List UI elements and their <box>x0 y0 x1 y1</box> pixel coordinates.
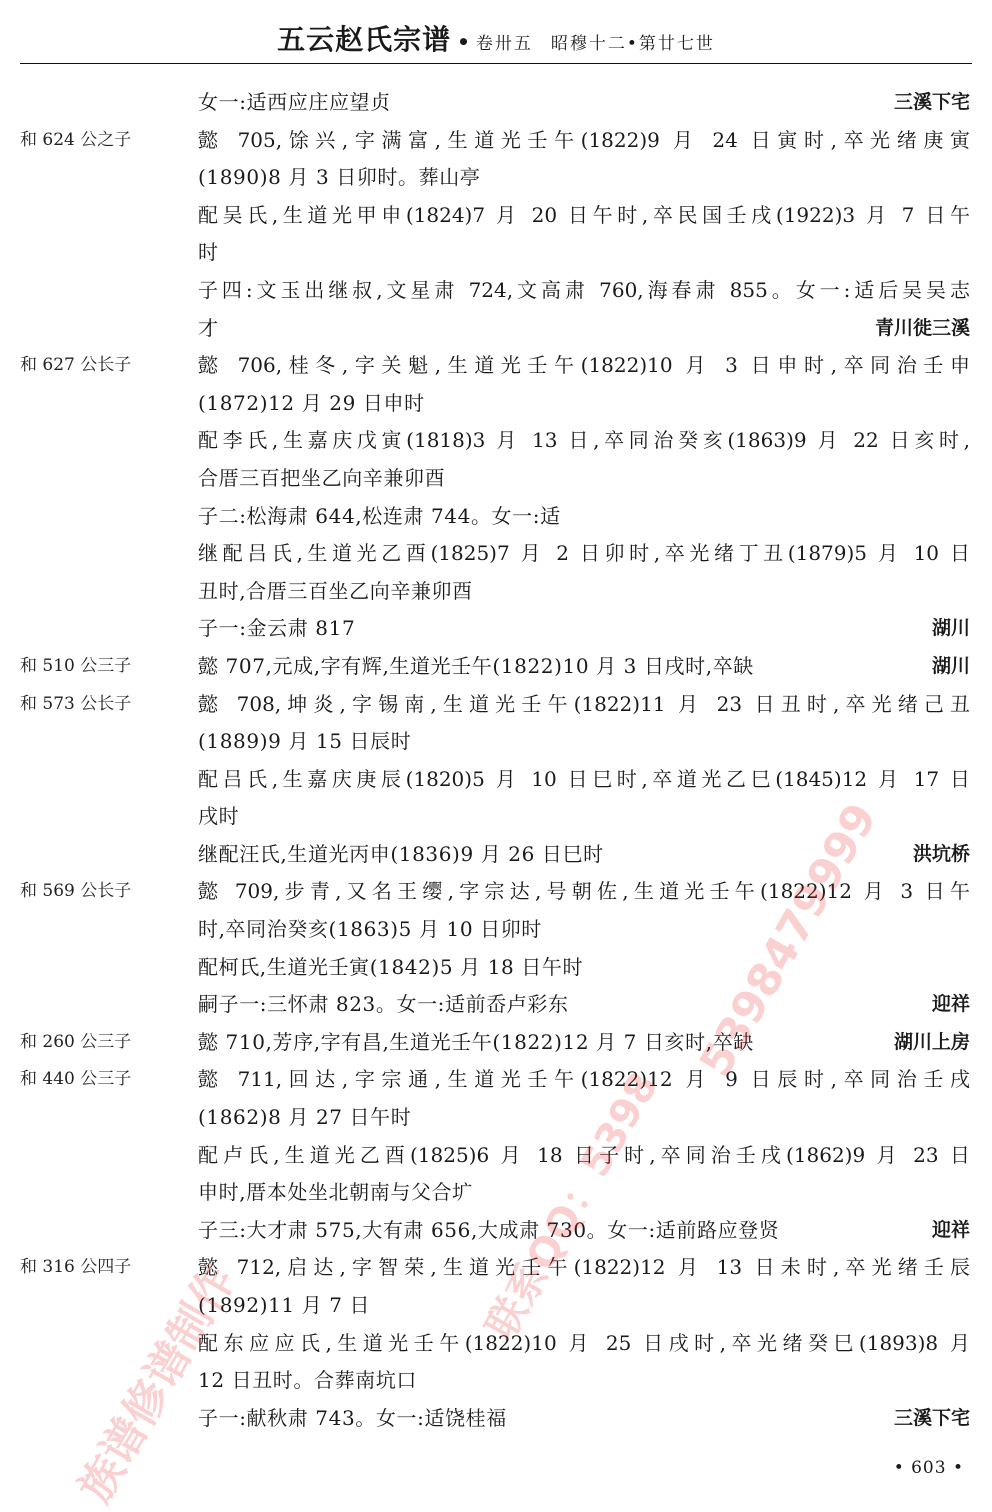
entry-text: 继配汪氏,生道光丙申(1836)9 月 26 日巳时 <box>198 836 604 874</box>
residence-place: 三溪下宅 <box>894 84 970 122</box>
genealogy-line: 配柯氏,生道光壬寅(1842)5 月 18 日午时 <box>0 949 992 987</box>
entry-text: 继配吕氏,生道光乙酉(1825)7 月 2 日卯时,卒光绪丁丑(1879)5 月… <box>198 535 970 573</box>
header-rule <box>20 63 972 64</box>
entry-text: 配吴氏,生道光甲申(1824)7 月 20 日午时,卒民国壬戌(1922)3 月… <box>198 197 970 235</box>
lineage-label: 和 316 公四子 <box>20 1249 131 1287</box>
genealogy-line: 子二:松海肃 644,松连肃 744。女一:适 <box>0 498 992 536</box>
genealogy-line: 和 573 公长子懿 708,坤炎,字锡南,生道光壬午(1822)11 月 23… <box>0 686 992 724</box>
genealogy-line: 继配吕氏,生道光乙酉(1825)7 月 2 日卯时,卒光绪丁丑(1879)5 月… <box>0 535 992 573</box>
book-title: 五云赵氏宗谱 <box>277 23 451 56</box>
entry-text: 懿 707,元成,字有辉,生道光壬午(1822)10 月 3 日戌时,卒缺 <box>198 648 754 686</box>
entry-text: 懿 711,回达,字宗通,生道光壬午(1822)12 月 9 日辰时,卒同治壬戌 <box>198 1061 970 1099</box>
genealogy-line: 和 510 公三子懿 707,元成,字有辉,生道光壬午(1822)10 月 3 … <box>0 648 992 686</box>
entry-text: (1872)12 月 29 日申时 <box>198 385 425 423</box>
entry-text: 懿 712,启达,字智荣,生道光壬午(1822)12 月 13 日未时,卒光绪壬… <box>198 1249 970 1287</box>
lineage-label: 和 624 公之子 <box>20 122 131 160</box>
entry-text: 时 <box>198 234 219 272</box>
entry-text: 戌时 <box>198 798 239 836</box>
lineage-label: 和 569 公长子 <box>20 873 131 911</box>
genealogy-line: 和 569 公长子懿 709,步青,又名王缨,字宗达,号朝佐,生道光壬午(182… <box>0 873 992 911</box>
residence-place: 湖川上房 <box>894 1024 970 1062</box>
genealogy-entries: 女一:适西应庄应望贞三溪下宅和 624 公之子懿 705,馀兴,字满富,生道光壬… <box>0 84 992 1437</box>
genealogy-line: 申时,厝本处坐北朝南与父合圹 <box>0 1174 992 1212</box>
genealogy-line: 子四:文玉出继叔,文星肃 724,文高肃 760,海春肃 855。女一:适后吴吴… <box>0 272 992 310</box>
genealogy-line: 12 日丑时。合葬南坑口 <box>0 1362 992 1400</box>
genealogy-line: 配吴氏,生道光甲申(1824)7 月 20 日午时,卒民国壬戌(1922)3 月… <box>0 197 992 235</box>
page-header: 五云赵氏宗谱•卷卅五昭穆十二•第廿七世 <box>0 18 992 58</box>
entry-text: 子一:金云肃 817 <box>198 610 355 648</box>
entry-text: 嗣子一:三怀肃 823。女一:适前岙卢彩东 <box>198 986 569 1024</box>
entry-text: 才 <box>198 310 219 348</box>
genealogy-line: (1889)9 月 15 日辰时 <box>0 723 992 761</box>
genealogy-line: 女一:适西应庄应望贞三溪下宅 <box>0 84 992 122</box>
genealogy-line: 戌时 <box>0 798 992 836</box>
residence-place: 迎祥 <box>932 986 970 1024</box>
entry-text: 配李氏,生嘉庆戊寅(1818)3 月 13 日,卒同治癸亥(1863)9 月 2… <box>198 422 970 460</box>
entry-text: 懿 710,芳序,字有昌,生道光壬午(1822)12 月 7 日亥时,卒缺 <box>198 1024 754 1062</box>
entry-text: 配卢氏,生道光乙酉(1825)6 月 18 日子时,卒同治壬戌(1862)9 月… <box>198 1137 970 1175</box>
residence-place: 青川徙三溪 <box>875 310 970 348</box>
entry-text: 懿 709,步青,又名王缨,字宗达,号朝佐,生道光壬午(1822)12 月 3 … <box>198 873 970 911</box>
genealogy-line: 嗣子一:三怀肃 823。女一:适前岙卢彩东迎祥 <box>0 986 992 1024</box>
lineage-label: 和 627 公长子 <box>20 347 131 385</box>
title-separator: • <box>457 30 470 54</box>
genealogy-line: 和 440 公三子懿 711,回达,字宗通,生道光壬午(1822)12 月 9 … <box>0 1061 992 1099</box>
entry-text: 申时,厝本处坐北朝南与父合圹 <box>198 1174 473 1212</box>
genealogy-line: 配吕氏,生嘉庆庚辰(1820)5 月 10 日巳时,卒道光乙巳(1845)12 … <box>0 761 992 799</box>
genealogy-line: 配李氏,生嘉庆戊寅(1818)3 月 13 日,卒同治癸亥(1863)9 月 2… <box>0 422 992 460</box>
entry-text: 时,卒同治癸亥(1863)5 月 10 日卯时 <box>198 911 542 949</box>
page-number: • 603 • <box>894 1458 964 1478</box>
lineage-label: 和 260 公三子 <box>20 1024 131 1062</box>
residence-place: 湖川 <box>932 610 970 648</box>
residence-place: 三溪下宅 <box>894 1400 970 1438</box>
lineage-label: 和 573 公长子 <box>20 686 131 724</box>
genealogy-line: 时,卒同治癸亥(1863)5 月 10 日卯时 <box>0 911 992 949</box>
genealogy-line: 子三:大才肃 575,大有肃 656,大成肃 730。女一:适前路应登贤迎祥 <box>0 1212 992 1250</box>
genealogy-line: (1862)8 月 27 日午时 <box>0 1099 992 1137</box>
genealogy-line: 丑时,合厝三百坐乙向辛兼卯酉 <box>0 573 992 611</box>
entry-text: 配吕氏,生嘉庆庚辰(1820)5 月 10 日巳时,卒道光乙巳(1845)12 … <box>198 761 970 799</box>
genealogy-line: (1890)8 月 3 日卯时。葬山亭 <box>0 159 992 197</box>
genealogy-line: 和 624 公之子懿 705,馀兴,字满富,生道光壬午(1822)9 月 24 … <box>0 122 992 160</box>
genealogy-line: 和 627 公长子懿 706,桂冬,字关魁,生道光壬午(1822)10 月 3 … <box>0 347 992 385</box>
residence-place: 迎祥 <box>932 1212 970 1250</box>
genealogy-line: 和 260 公三子懿 710,芳序,字有昌,生道光壬午(1822)12 月 7 … <box>0 1024 992 1062</box>
genealogy-line: 才青川徙三溪 <box>0 310 992 348</box>
entry-text: (1892)11 月 7 日 <box>198 1287 370 1325</box>
residence-place: 湖川 <box>932 648 970 686</box>
genealogy-line: (1892)11 月 7 日 <box>0 1287 992 1325</box>
generation-section: 昭穆十二 <box>551 34 627 54</box>
lineage-label: 和 440 公三子 <box>20 1061 131 1099</box>
volume-label: 卷卅五 <box>476 34 533 54</box>
entry-text: 子四:文玉出继叔,文星肃 724,文高肃 760,海春肃 855。女一:适后吴吴… <box>198 272 970 310</box>
entry-text: (1889)9 月 15 日辰时 <box>198 723 411 761</box>
entry-text: 懿 708,坤炎,字锡南,生道光壬午(1822)11 月 23 日丑时,卒光绪己… <box>198 686 970 724</box>
entry-text: (1862)8 月 27 日午时 <box>198 1099 411 1137</box>
lineage-label: 和 510 公三子 <box>20 648 131 686</box>
genealogy-line: 配东应应氏,生道光壬午(1822)10 月 25 日戌时,卒光绪癸巳(1893)… <box>0 1325 992 1363</box>
genealogy-line: 时 <box>0 234 992 272</box>
entry-text: 12 日丑时。合葬南坑口 <box>198 1362 417 1400</box>
genealogy-line: 和 316 公四子懿 712,启达,字智荣,生道光壬午(1822)12 月 13… <box>0 1249 992 1287</box>
entry-text: (1890)8 月 3 日卯时。葬山亭 <box>198 159 480 197</box>
entry-text: 懿 706,桂冬,字关魁,生道光壬午(1822)10 月 3 日申时,卒同治壬申 <box>198 347 970 385</box>
entry-text: 子三:大才肃 575,大有肃 656,大成肃 730。女一:适前路应登贤 <box>198 1212 779 1250</box>
generation-label: 第廿七世 <box>639 34 715 54</box>
entry-text: 懿 705,馀兴,字满富,生道光壬午(1822)9 月 24 日寅时,卒光绪庚寅 <box>198 122 970 160</box>
genealogy-line: 子一:金云肃 817湖川 <box>0 610 992 648</box>
generation-separator: • <box>627 34 639 54</box>
entry-text: 女一:适西应庄应望贞 <box>198 84 391 122</box>
genealogy-line: 子一:献秋肃 743。女一:适饶桂福三溪下宅 <box>0 1400 992 1438</box>
genealogy-line: 合厝三百把坐乙向辛兼卯酉 <box>0 460 992 498</box>
entry-text: 丑时,合厝三百坐乙向辛兼卯酉 <box>198 573 473 611</box>
entry-text: 配东应应氏,生道光壬午(1822)10 月 25 日戌时,卒光绪癸巳(1893)… <box>198 1325 970 1363</box>
residence-place: 洪坑桥 <box>913 836 970 874</box>
genealogy-line: 配卢氏,生道光乙酉(1825)6 月 18 日子时,卒同治壬戌(1862)9 月… <box>0 1137 992 1175</box>
genealogy-line: 继配汪氏,生道光丙申(1836)9 月 26 日巳时洪坑桥 <box>0 836 992 874</box>
entry-text: 合厝三百把坐乙向辛兼卯酉 <box>198 460 445 498</box>
entry-text: 配柯氏,生道光壬寅(1842)5 月 18 日午时 <box>198 949 583 987</box>
genealogy-line: (1872)12 月 29 日申时 <box>0 385 992 423</box>
entry-text: 子一:献秋肃 743。女一:适饶桂福 <box>198 1400 507 1438</box>
entry-text: 子二:松海肃 644,松连肃 744。女一:适 <box>198 498 561 536</box>
